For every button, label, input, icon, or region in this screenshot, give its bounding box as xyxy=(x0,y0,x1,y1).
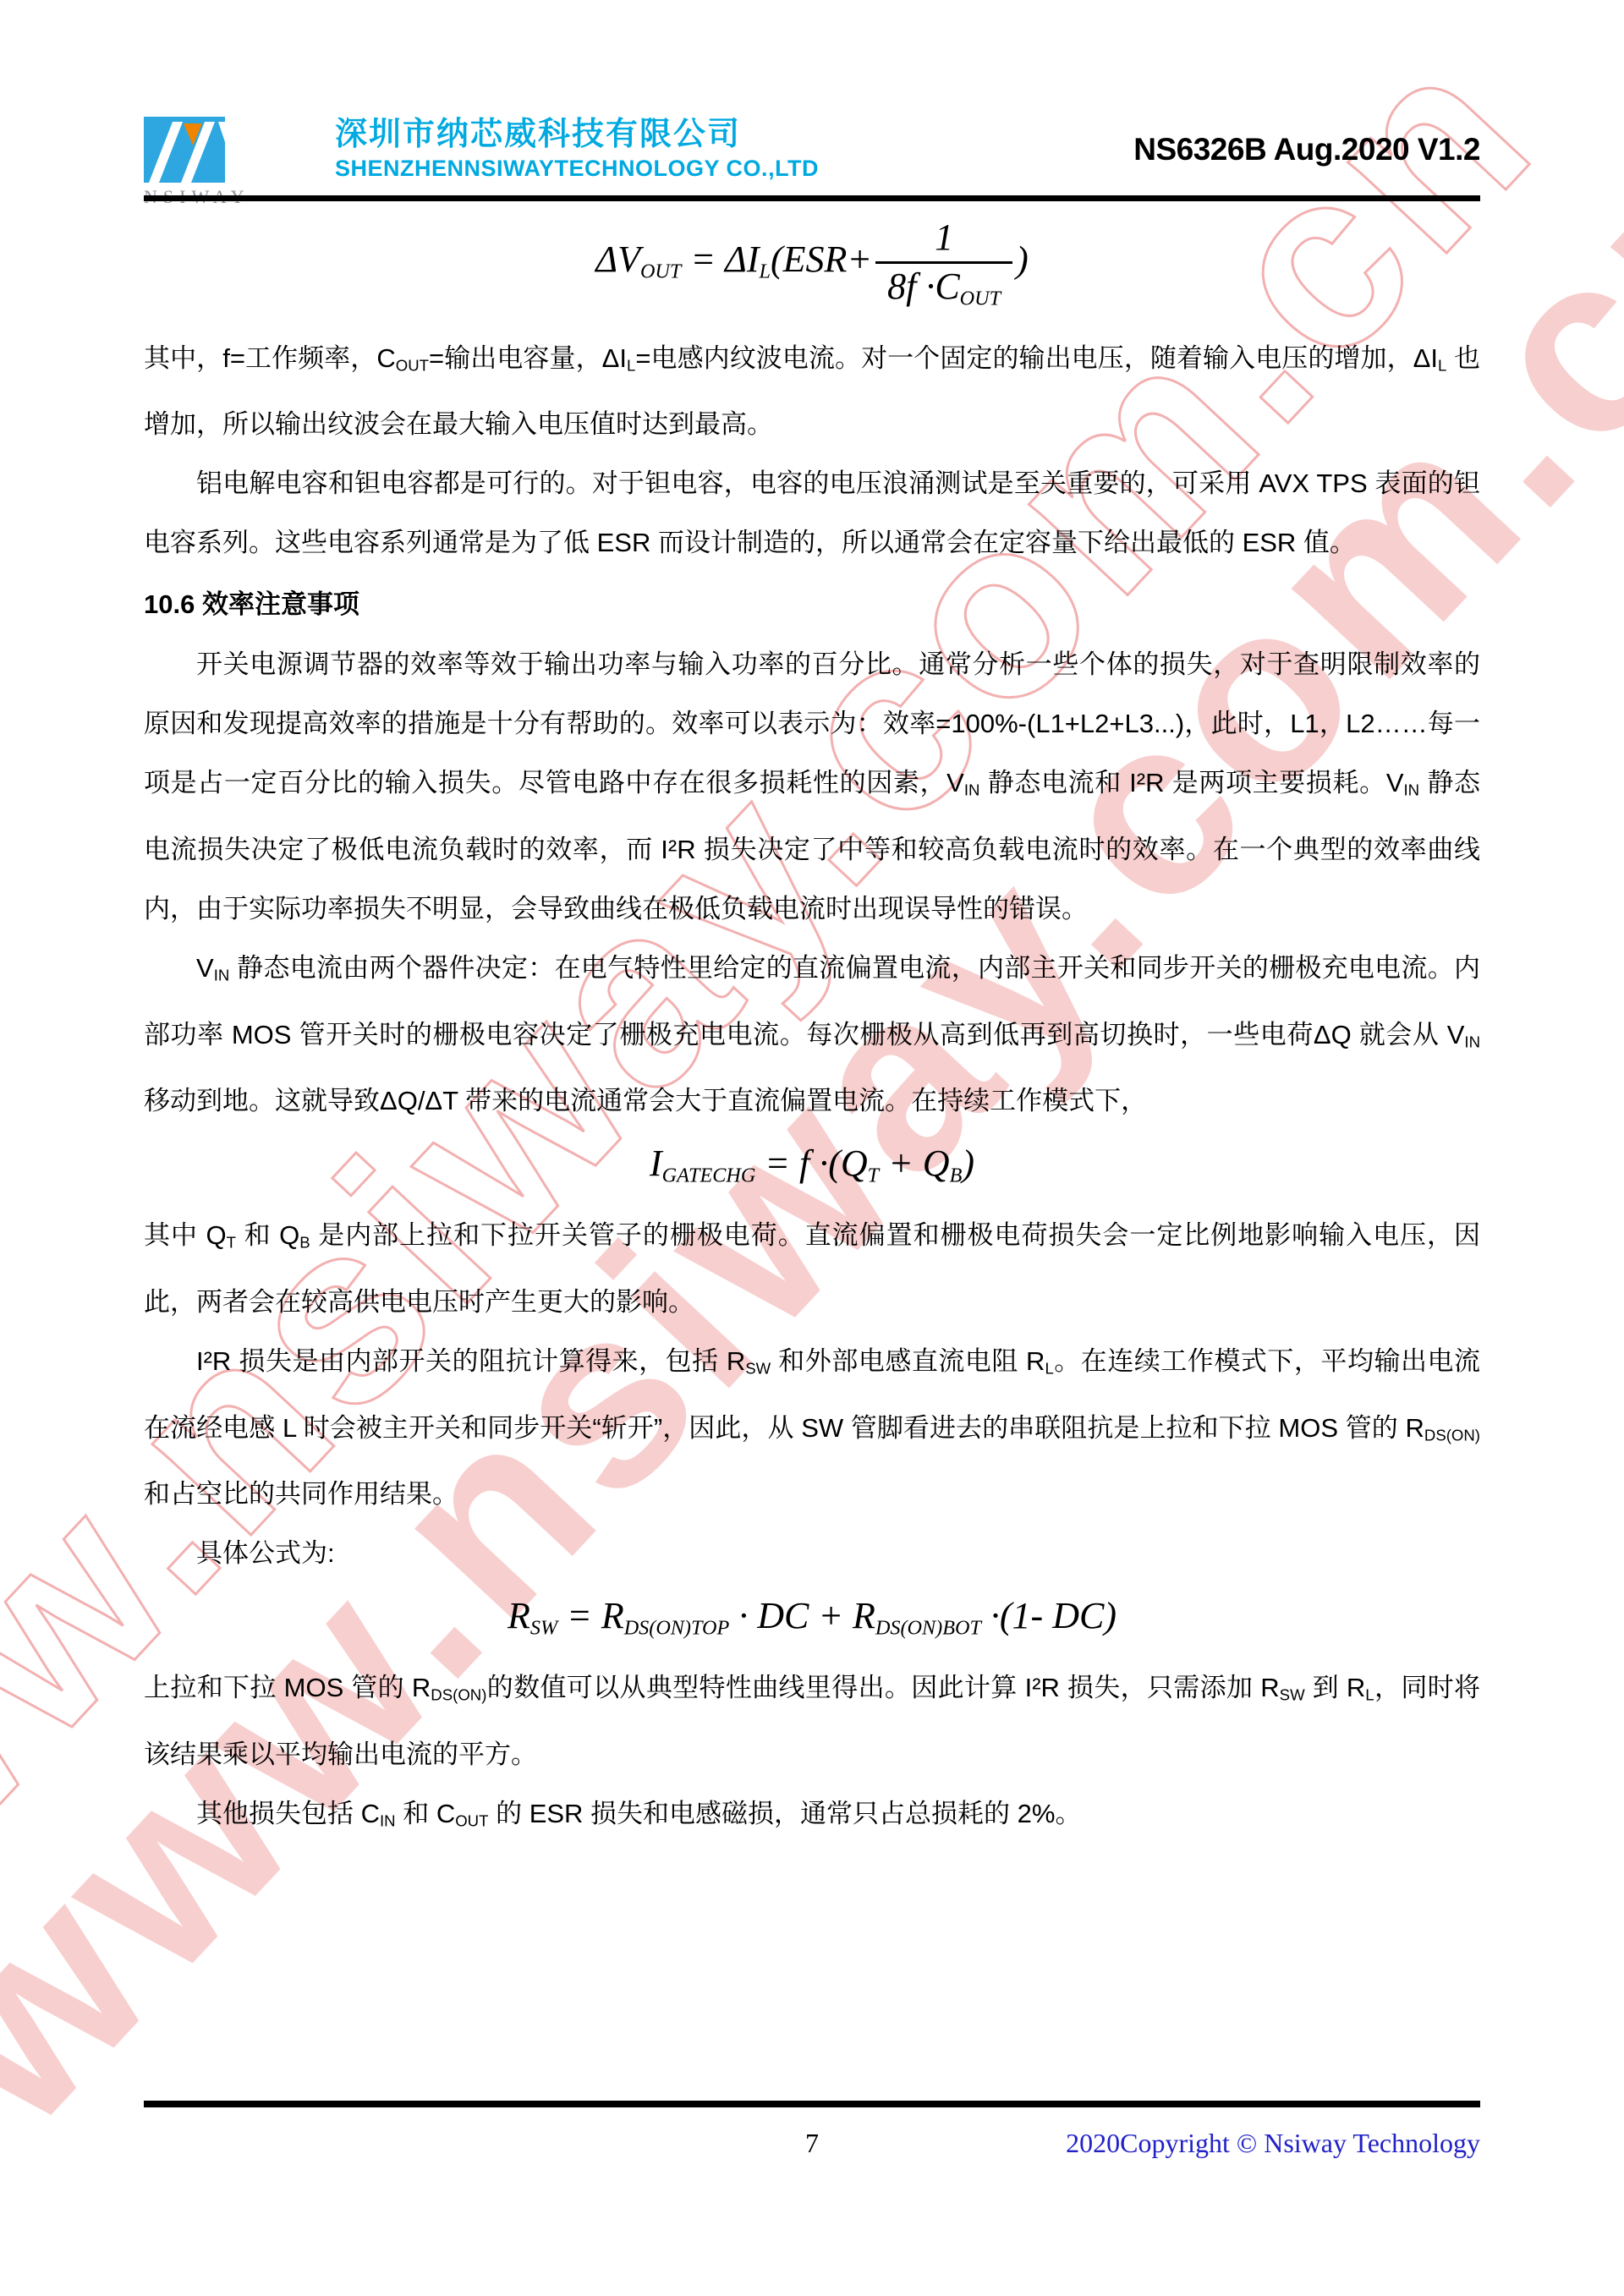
section-heading-10-6: 10.6 效率注意事项 xyxy=(144,578,1480,632)
footer-copyright: 2020Copyright © Nsiway Technology xyxy=(1066,2128,1480,2159)
paragraph-formula-lead-in: 具体公式为: xyxy=(144,1524,1480,1583)
formula-rhs: ) xyxy=(1016,238,1029,280)
header-rule xyxy=(144,195,1480,201)
fraction: 18f ·COUT xyxy=(875,216,1012,310)
footer-rule xyxy=(144,2101,1480,2107)
formula-lhs: ΔVOUT = ΔIL(ESR+ xyxy=(595,238,872,280)
paragraph-ripple-explanation: 其中，f=工作频率，COUT=输出电容量，ΔIL=电感内纹波电流。对一个固定的输… xyxy=(144,329,1480,455)
fraction-denominator: 8f ·COUT xyxy=(875,264,1012,310)
document-id-version: NS6326B Aug.2020 V1.2 xyxy=(1133,117,1480,167)
paragraph-i2r-loss: I²R 损失是由内部开关的阻抗计算得来，包括 RSW 和外部电感直流电阻 RL。… xyxy=(144,1332,1480,1524)
document-body: ΔVOUT = ΔIL(ESR+18f ·COUT) 其中，f=工作频率，COU… xyxy=(144,205,1480,1851)
datasheet-page: www.nsiway.com.cn www.nsiway.com.cn NSIW… xyxy=(0,0,1624,2296)
nsiway-logo-icon xyxy=(144,117,225,184)
fraction-numerator: 1 xyxy=(875,216,1012,264)
company-titles: 深圳市纳芯威科技有限公司 SHENZHENNSIWAYTECHNOLOGY CO… xyxy=(335,117,819,184)
page-header: NSIWAY 深圳市纳芯威科技有限公司 SHENZHENNSIWAYTECHNO… xyxy=(144,117,1480,208)
paragraph-capacitor-choice: 铝电解电容和钽电容都是可行的。对于钽电容，电容的电压浪涌测试是至关重要的，可采用… xyxy=(144,454,1480,573)
formula-output-ripple: ΔVOUT = ΔIL(ESR+18f ·COUT) xyxy=(144,216,1480,310)
formula-gate-charge-current: IGATECHG = f ·(QT + QB) xyxy=(144,1143,1480,1187)
company-name-cn: 深圳市纳芯威科技有限公司 xyxy=(335,117,819,154)
formula-rsw: RSW = RDS(ON)TOP · DC + RDS(ON)BOT ·(1- … xyxy=(144,1595,1480,1640)
paragraph-other-losses: 其他损失包括 CIN 和 COUT 的 ESR 损失和电感磁损，通常只占总损耗的… xyxy=(144,1784,1480,1851)
company-name-en: SHENZHENNSIWAYTECHNOLOGY CO.,LTD xyxy=(335,154,819,184)
company-logo: NSIWAY xyxy=(144,117,313,208)
paragraph-vin-quiescent: VIN 静态电流由两个器件决定：在电气特性里给定的直流偏置电流，内部主开关和同步… xyxy=(144,939,1480,1131)
paragraph-gate-charge-explanation: 其中 QT 和 QB 是内部上拉和下拉开关管子的栅极电荷。直流偏置和栅极电荷损失… xyxy=(144,1206,1480,1332)
paragraph-efficiency-intro: 开关电源调节器的效率等效于输出功率与输入功率的百分比。通常分析一些个体的损失，对… xyxy=(144,635,1480,939)
paragraph-rdson-values: 上拉和下拉 MOS 管的 RDS(ON)的数值可以从典型特性曲线里得出。因此计算… xyxy=(144,1658,1480,1784)
